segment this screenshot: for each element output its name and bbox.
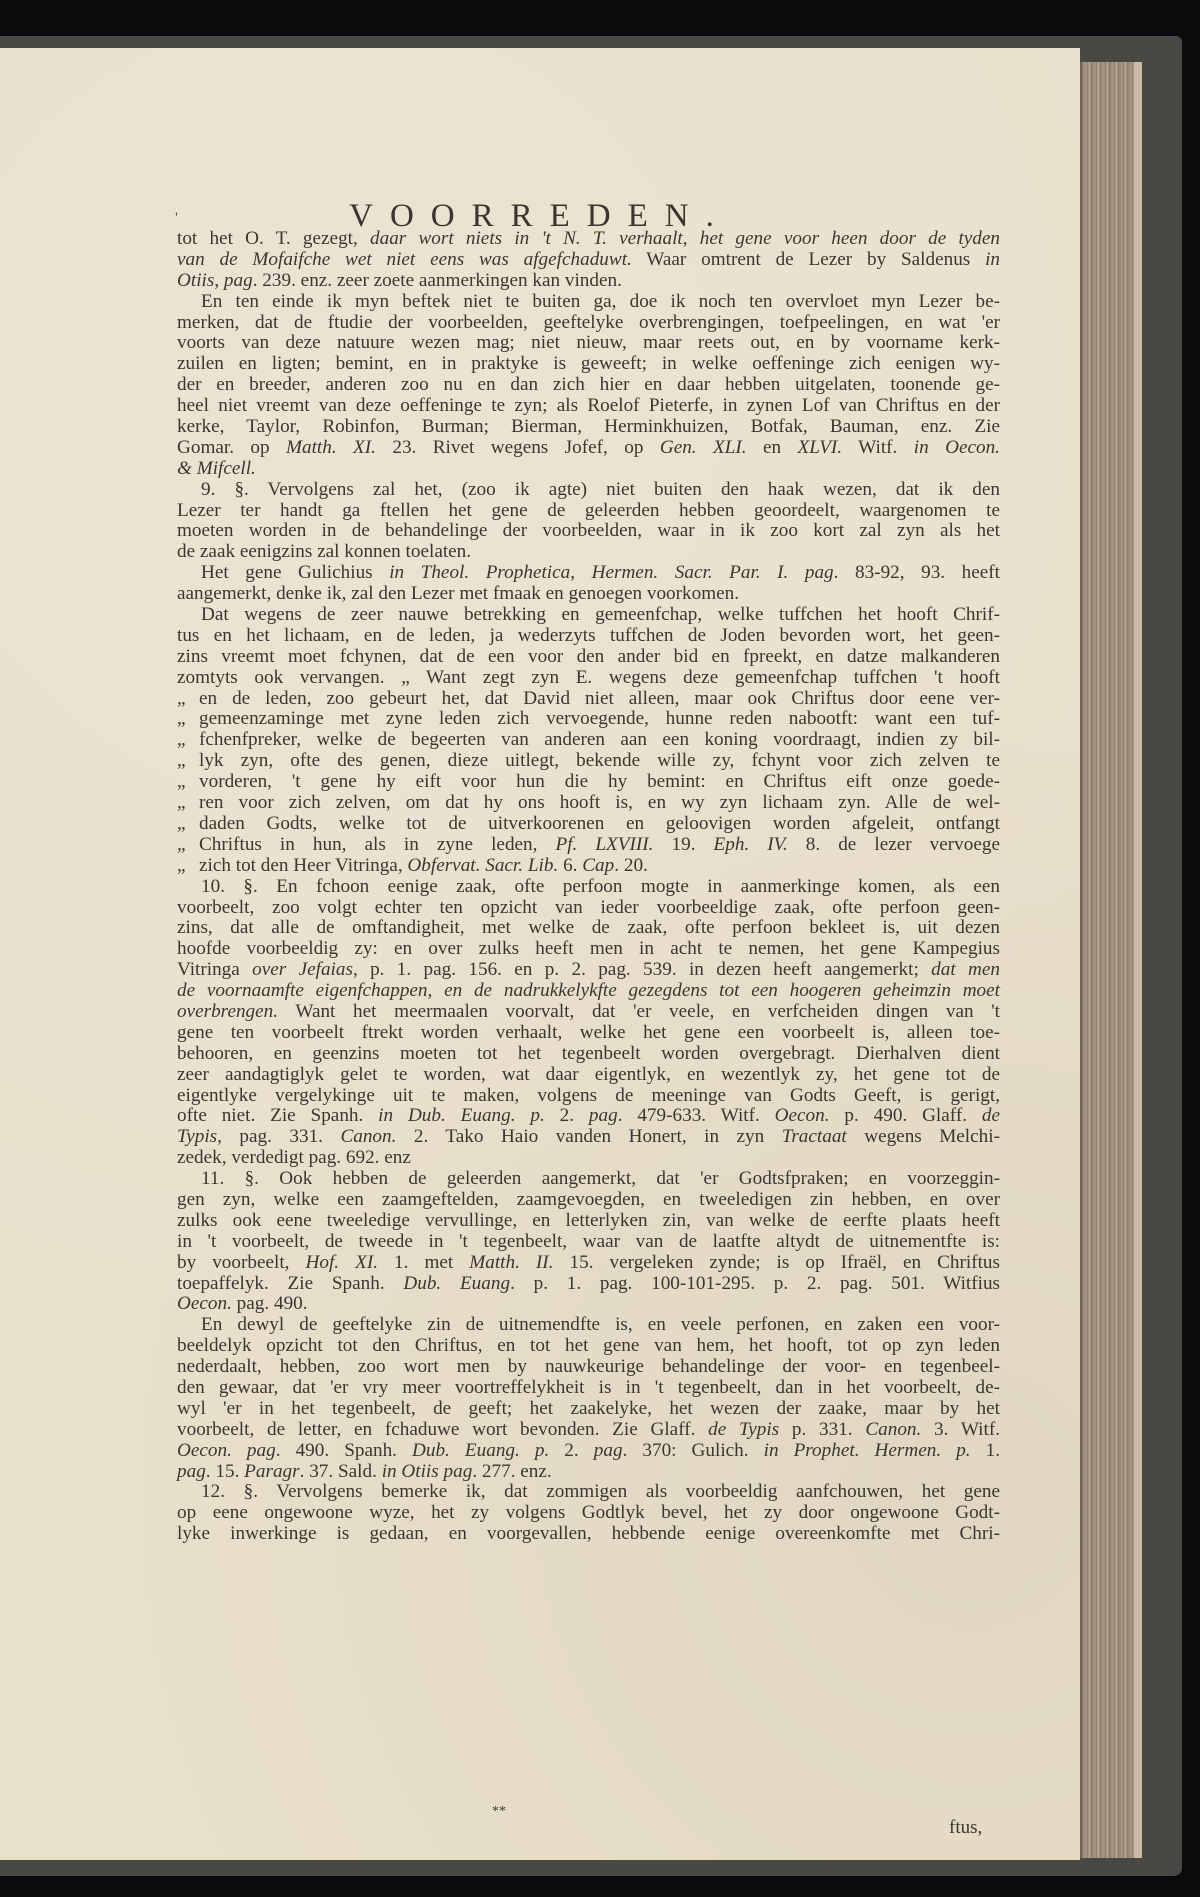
text-line: pag. 15. Paragr. 37. Sald. in Otiis pag.… xyxy=(177,1462,1000,1483)
text-run: . 490. Spanh. xyxy=(276,1440,412,1461)
text-line: Typis, pag. 331. Canon. 2. Tako Haio van… xyxy=(177,1127,1000,1148)
text-line: tot het O. T. gezegt, daar wort niets in… xyxy=(177,229,1000,250)
text-run: voorbeelt, de letter, en fchaduwe wort b… xyxy=(177,1419,708,1440)
text-run: . 15. xyxy=(206,1461,244,1482)
text-line: de voornaamfte eigenfchappen, en de nadr… xyxy=(177,981,1000,1002)
text-line: 9. §. Vervolgens zal het, (zoo ik agte) … xyxy=(177,480,1000,501)
italic-text: XLVI. xyxy=(798,437,843,458)
text-run: , p. 1. pag. 156. en p. 2. pag. 539. in … xyxy=(353,959,931,980)
italic-text: Gen. XLI. xyxy=(660,437,747,458)
italic-text: in Prophet. Hermen. p. xyxy=(764,1440,971,1461)
text-line: der en breeder, anderen zoo nu en dan zi… xyxy=(177,375,1000,396)
text-line: voorbeelt, de letter, en fchaduwe wort b… xyxy=(177,1420,1000,1441)
text-run: . 83-92, 93. heeft xyxy=(834,562,1000,583)
text-run: lyke inwerkinge is gedaan, en voorgevall… xyxy=(177,1523,1000,1544)
text-line: in 't voorbeelt, de tweede in 't tegenbe… xyxy=(177,1232,1000,1253)
italic-text: Matth. XI. xyxy=(286,437,376,458)
italic-text: in Oecon. xyxy=(914,437,1000,458)
text-line: zins vreemt moet fchynen, dat de een voo… xyxy=(177,647,1000,668)
text-run: kerke, Taylor, Robinfon, Burman; Bierman… xyxy=(177,416,1000,437)
text-line: „lyk zyn, ofte des genen, dieze uitlegt,… xyxy=(177,751,1000,772)
catchword: ftus, xyxy=(949,1817,982,1839)
italic-text: & Mifcell. xyxy=(177,458,256,479)
italic-text: in Dub. Euang. p. xyxy=(378,1105,545,1126)
text-line: „ren voor zich zelven, om dat hy ons hoo… xyxy=(177,793,1000,814)
text-run: . 277. enz. xyxy=(472,1461,551,1482)
header-mark: ' xyxy=(175,210,178,228)
text-run: zeer aandagtiglyk gelet te worden, wat d… xyxy=(177,1064,1000,1085)
text-line: „daden Godts, welke tot de uitverkoorene… xyxy=(177,814,1000,835)
text-line: 11. §. Ook hebben de geleerden aangemerk… xyxy=(177,1169,1000,1190)
text-run: wegens Melchi- xyxy=(847,1126,1000,1147)
text-run: gene ten voorbeelt ftrekt worden verhaal… xyxy=(177,1022,1000,1043)
text-line: hoofde voorbeeldig zy: en over zulks hee… xyxy=(177,939,1000,960)
italic-text: overbrengen. xyxy=(177,1001,278,1022)
text-run: , xyxy=(214,270,224,291)
quote-mark: „ xyxy=(177,689,199,710)
text-run: op eene ongewoone wyze, het zy volgens G… xyxy=(177,1502,1000,1523)
italic-text: Canon. xyxy=(340,1126,396,1147)
body-text: tot het O. T. gezegt, daar wort niets in… xyxy=(177,229,1000,1545)
text-run: 9. §. Vervolgens zal het, (zoo ik agte) … xyxy=(201,479,1000,500)
text-run: Witf. xyxy=(842,437,914,458)
text-run: toepaffelyk. Zie Spanh. xyxy=(177,1273,403,1294)
text-line: zuilen en ligten; bemint, en in praktyke… xyxy=(177,354,1000,375)
text-run: en de leden, zoo gebeurt het, dat David … xyxy=(199,688,1000,709)
text-run: der en breeder, anderen zoo nu en dan zi… xyxy=(177,374,1000,395)
text-run: ren voor zich zelven, om dat hy ons hoof… xyxy=(199,792,1000,813)
italic-text: de voornaamfte eigenfchappen, en de nadr… xyxy=(177,980,1000,1001)
text-run: zich tot den Heer Vitringa, xyxy=(199,855,407,876)
text-line: lyke inwerkinge is gedaan, en voorgevall… xyxy=(177,1524,1000,1545)
italic-text: over Jefaias xyxy=(252,959,353,980)
text-line: Oecon. pag. 490. Spanh. Dub. Euang. p. 2… xyxy=(177,1441,1000,1462)
italic-text: Hermen. Sacr. Par. I. pag xyxy=(592,562,834,583)
text-run: wyl 'er in het tegenbeelt, de geeft; het… xyxy=(177,1398,1000,1419)
text-run: , xyxy=(683,228,700,249)
text-line: En dewyl de geeftelyke zin de uitnemendf… xyxy=(177,1315,1000,1336)
text-run: voorts van deze natuure wezen mag; niet … xyxy=(177,332,1000,353)
italic-text: Dub. Euang xyxy=(403,1273,510,1294)
text-line: wyl 'er in het tegenbeelt, de geeft; het… xyxy=(177,1399,1000,1420)
quote-mark: „ xyxy=(177,856,199,877)
text-line: beeldelyk opzicht tot den Chriftus, en t… xyxy=(177,1336,1000,1357)
text-run: den gewaar, dat 'er vry meer voortreffel… xyxy=(177,1377,1000,1398)
text-run: Waar omtrent de Lezer by Saldenus xyxy=(632,249,985,270)
italic-text: Typis xyxy=(177,1126,217,1147)
text-line: ofte niet. Zie Spanh. in Dub. Euang. p. … xyxy=(177,1106,1000,1127)
text-run: moeten worden in de behandelinge der voo… xyxy=(177,520,1000,541)
text-line: gen zyn, welke een zaamgeftelden, zaamge… xyxy=(177,1190,1000,1211)
text-run: vorderen, 't gene hy eift voor hun die h… xyxy=(199,771,1000,792)
text-run: . 37. Sald. xyxy=(300,1461,382,1482)
text-run: 8. de lezer vervoege xyxy=(788,834,1000,855)
text-run: fchenfpreker, welke de begeerten van and… xyxy=(199,729,1000,750)
italic-text: Oecon. pag xyxy=(177,1440,276,1461)
quote-mark: „ xyxy=(177,814,199,835)
italic-text: Obfervat. Sacr. Lib. xyxy=(407,855,558,876)
text-run: . 239. enz. zeer zoete aanmerkingen kan … xyxy=(253,270,622,291)
text-run: eigentlyke vergelykinge uit te maken, vo… xyxy=(177,1085,1000,1106)
italic-text: dat men xyxy=(931,959,1000,980)
text-run: p. 490. Glaff. xyxy=(830,1105,982,1126)
italic-text: Hof. XI. xyxy=(306,1252,379,1273)
text-line: tus en het lichaam, en de leden, ja wede… xyxy=(177,626,1000,647)
text-line: „vorderen, 't gene hy eift voor hun die … xyxy=(177,772,1000,793)
italic-text: het gene voor heen door de tyden xyxy=(700,228,1000,249)
text-run: merken, dat de ftudie der voorbeelden, g… xyxy=(177,312,1000,333)
italic-text: Matth. II. xyxy=(469,1252,553,1273)
italic-text: de xyxy=(982,1105,1000,1126)
italic-text: in xyxy=(985,249,1000,270)
text-run: 1. met xyxy=(378,1252,469,1273)
text-run: zins vreemt moet fchynen, dat de een voo… xyxy=(177,646,1000,667)
italic-text: van de Mofaifche wet niet eens was afgef… xyxy=(177,249,632,270)
text-run: voorbeelt, zoo volgt echter ten opzicht … xyxy=(177,897,1000,918)
text-line: 10. §. En fchoon eenige zaak, ofte perfo… xyxy=(177,877,1000,898)
text-line: eigentlyke vergelykinge uit te maken, vo… xyxy=(177,1086,1000,1107)
text-run: ofte niet. Zie Spanh. xyxy=(177,1105,378,1126)
text-run: , xyxy=(570,562,591,583)
italic-text: Canon. xyxy=(865,1419,921,1440)
text-line: Het gene Gulichius in Theol. Prophetica,… xyxy=(177,563,1000,584)
italic-text: Dub. Euang. p. xyxy=(412,1440,549,1461)
text-line: Dat wegens de zeer nauwe betrekking en g… xyxy=(177,605,1000,626)
text-run: tot het O. T. gezegt, xyxy=(177,228,370,249)
text-line: van de Mofaifche wet niet eens was afgef… xyxy=(177,250,1000,271)
text-run: 2. Tako Haio vanden Honert, in zyn xyxy=(396,1126,781,1147)
italic-text: Eph. IV. xyxy=(714,834,788,855)
text-run: tus en het lichaam, en de leden, ja wede… xyxy=(177,625,1000,646)
text-line: Otiis, pag. 239. enz. zeer zoete aanmerk… xyxy=(177,271,1000,292)
text-line: & Mifcell. xyxy=(177,459,1000,480)
text-line: toepaffelyk. Zie Spanh. Dub. Euang. p. 1… xyxy=(177,1274,1000,1295)
text-run: nederdaalt, hebben, zoo wort men by nauw… xyxy=(177,1356,1000,1377)
quote-mark: „ xyxy=(177,835,199,856)
text-run: 3. Witf. xyxy=(921,1419,1000,1440)
text-run: en xyxy=(747,437,798,458)
text-run: zedek, verdedigt pag. 692. enz xyxy=(177,1147,411,1168)
text-run: . 370: Gulich. xyxy=(623,1440,764,1461)
text-line: merken, dat de ftudie der voorbeelden, g… xyxy=(177,313,1000,334)
text-line: Gomar. op Matth. XI. 23. Rivet wegens Jo… xyxy=(177,438,1000,459)
italic-text: Tractaat xyxy=(782,1126,847,1147)
text-run: En ten einde ik myn beftek niet te buite… xyxy=(201,291,1000,312)
text-line: moeten worden in de behandelinge der voo… xyxy=(177,521,1000,542)
italic-text: daar wort niets in 't N. T. verhaalt xyxy=(370,228,683,249)
signature-mark: ** xyxy=(492,1804,506,1820)
text-run: Het gene Gulichius xyxy=(201,562,389,583)
text-line: kerke, Taylor, Robinfon, Burman; Bierman… xyxy=(177,417,1000,438)
text-line: voorts van deze natuure wezen mag; niet … xyxy=(177,333,1000,354)
text-run: zins, dat alle de omftandigheit, met wel… xyxy=(177,917,1000,938)
text-line: overbrengen. Want het meermaalen voorval… xyxy=(177,1002,1000,1023)
text-run: pag. 490. xyxy=(232,1293,308,1314)
text-run: 10. §. En fchoon eenige zaak, ofte perfo… xyxy=(201,876,1000,897)
text-run: 2. xyxy=(549,1440,594,1461)
quote-mark: „ xyxy=(177,793,199,814)
text-line: zeer aandagtiglyk gelet te worden, wat d… xyxy=(177,1065,1000,1086)
text-line: „gemeenzaminge met zyne leden zich vervo… xyxy=(177,709,1000,730)
text-run: 12. §. Vervolgens bemerke ik, dat zommig… xyxy=(201,1481,1000,1502)
text-run: . p. 1. pag. 100-101-295. p. 2. pag. 501… xyxy=(510,1273,1000,1294)
text-run: in 't voorbeelt, de tweede in 't tegenbe… xyxy=(177,1231,1000,1252)
text-run: Vitringa xyxy=(177,959,252,980)
text-run: Gomar. op xyxy=(177,437,286,458)
italic-text: in Otiis pag xyxy=(382,1461,473,1482)
text-run: 19. xyxy=(653,834,713,855)
quote-mark: „ xyxy=(177,751,199,772)
italic-text: in Theol. Prophetica xyxy=(389,562,570,583)
italic-text: Cap xyxy=(582,855,614,876)
text-run: En dewyl de geeftelyke zin de uitnemendf… xyxy=(201,1314,1000,1335)
text-run: zuilen en ligten; bemint, en in praktyke… xyxy=(177,353,1000,374)
text-run: . 20. xyxy=(614,855,648,876)
text-line: aangemerkt, denke ik, zal den Lezer met … xyxy=(177,584,1000,605)
text-run: , pag. 331. xyxy=(217,1126,340,1147)
text-run: 11. §. Ook hebben de geleerden aangemerk… xyxy=(201,1168,1000,1189)
text-run: de zaak eenigzins zal konnen toelaten. xyxy=(177,541,471,562)
italic-text: Oecon. xyxy=(177,1293,232,1314)
text-run: gen zyn, welke een zaamgeftelden, zaamge… xyxy=(177,1189,1000,1210)
text-run: 6. xyxy=(558,855,582,876)
text-line: Vitringa over Jefaias, p. 1. pag. 156. e… xyxy=(177,960,1000,981)
text-line: op eene ongewoone wyze, het zy volgens G… xyxy=(177,1503,1000,1524)
italic-text: Otiis xyxy=(177,270,214,291)
text-line: by voorbeelt, Hof. XI. 1. met Matth. II.… xyxy=(177,1253,1000,1274)
text-line: zulks ook eene tweeledige vervullinge, e… xyxy=(177,1211,1000,1232)
text-line: Lezer ter handt ga ftellen het gene de g… xyxy=(177,501,1000,522)
text-run: gemeenzaminge met zyne leden zich vervoe… xyxy=(199,708,1000,729)
quote-mark: „ xyxy=(177,772,199,793)
text-run: Lezer ter handt ga ftellen het gene de g… xyxy=(177,500,1000,521)
italic-text: pag xyxy=(589,1105,618,1126)
text-line: voorbeelt, zoo volgt echter ten opzicht … xyxy=(177,898,1000,919)
text-run: Dat wegens de zeer nauwe betrekking en g… xyxy=(201,604,1000,625)
italic-text: pag xyxy=(224,270,253,291)
text-run: Want het meermaalen voorvalt, dat 'er ve… xyxy=(278,1001,1000,1022)
text-line: de zaak eenigzins zal konnen toelaten. xyxy=(177,542,1000,563)
text-run: . 479-633. Witf. xyxy=(618,1105,775,1126)
text-line: En ten einde ik myn beftek niet te buite… xyxy=(177,292,1000,313)
text-line: heel niet vreemt van deze oeffeninge te … xyxy=(177,396,1000,417)
quote-mark: „ xyxy=(177,730,199,751)
text-line: Oecon. pag. 490. xyxy=(177,1294,1000,1315)
text-line: nederdaalt, hebben, zoo wort men by nauw… xyxy=(177,1357,1000,1378)
text-run: 1. xyxy=(971,1440,1000,1461)
text-run: lyk zyn, ofte des genen, dieze uitlegt, … xyxy=(199,750,1000,771)
text-line: zedek, verdedigt pag. 692. enz xyxy=(177,1148,1000,1169)
text-line: gene ten voorbeelt ftrekt worden verhaal… xyxy=(177,1023,1000,1044)
text-run: hoofde voorbeeldig zy: en over zulks hee… xyxy=(177,938,1000,959)
text-run: beeldelyk opzicht tot den Chriftus, en t… xyxy=(177,1335,1000,1356)
quote-mark: „ xyxy=(177,709,199,730)
text-line: „Chriftus in hun, als in zyne leden, Pf.… xyxy=(177,835,1000,856)
italic-text: pag xyxy=(594,1440,623,1461)
text-line: „zich tot den Heer Vitringa, Obfervat. S… xyxy=(177,856,1000,877)
italic-text: pag xyxy=(177,1461,206,1482)
text-run: zulks ook eene tweeledige vervullinge, e… xyxy=(177,1210,1000,1231)
text-line: „fchenfpreker, welke de begeerten van an… xyxy=(177,730,1000,751)
text-line: behooren, en geenzins moeten tot het teg… xyxy=(177,1044,1000,1065)
text-run: heel niet vreemt van deze oeffeninge te … xyxy=(177,395,1000,416)
text-line: den gewaar, dat 'er vry meer voortreffel… xyxy=(177,1378,1000,1399)
text-run: Chriftus in hun, als in zyne leden, xyxy=(199,834,556,855)
text-run: by voorbeelt, xyxy=(177,1252,306,1273)
text-run: 23. Rivet wegens Jofef, op xyxy=(376,437,660,458)
text-line: „en de leden, zoo gebeurt het, dat David… xyxy=(177,689,1000,710)
italic-text: Paragr xyxy=(244,1461,299,1482)
text-line: zomtyts ook vervangen. „ Want zegt zyn E… xyxy=(177,668,1000,689)
text-run: daden Godts, welke tot de uitverkoorenen… xyxy=(199,813,1000,834)
italic-text: de Typis xyxy=(708,1419,779,1440)
text-run: 15. vergeleken zynde; is op Ifraël, en C… xyxy=(554,1252,1000,1273)
text-line: zins, dat alle de omftandigheit, met wel… xyxy=(177,918,1000,939)
text-run: behooren, en geenzins moeten tot het teg… xyxy=(177,1043,1000,1064)
text-run: 2. xyxy=(545,1105,589,1126)
text-run: p. 331. xyxy=(779,1419,865,1440)
italic-text: Oecon. xyxy=(775,1105,830,1126)
italic-text: Pf. LXVIII. xyxy=(556,834,654,855)
text-run: zomtyts ook vervangen. „ Want zegt zyn E… xyxy=(177,667,1000,688)
text-run: aangemerkt, denke ik, zal den Lezer met … xyxy=(177,583,739,604)
page-edges xyxy=(1080,62,1134,1858)
text-line: 12. §. Vervolgens bemerke ik, dat zommig… xyxy=(177,1482,1000,1503)
